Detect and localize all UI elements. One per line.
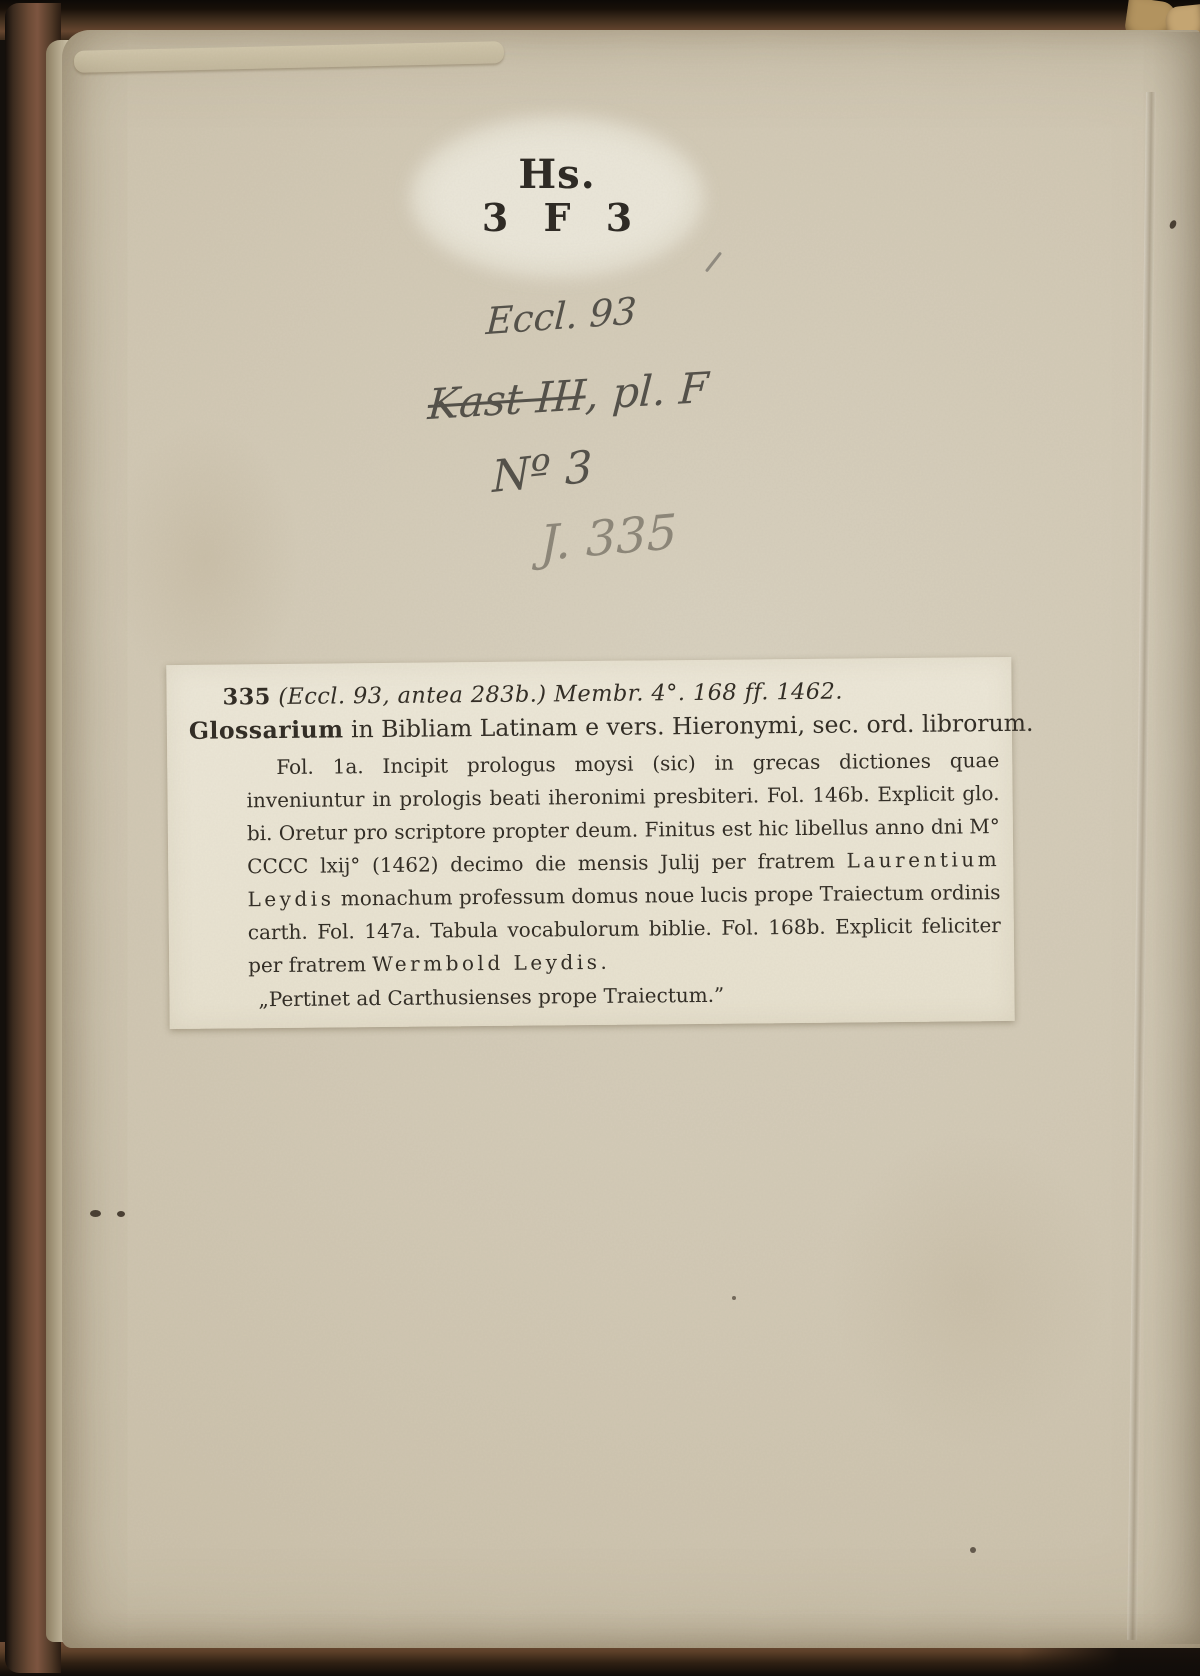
handwritten-j-number: J. 335	[540, 504, 677, 572]
scribe-name: Wermbold Leydis	[372, 950, 600, 976]
provenance-note: „Pertinet ad Carthusienses prope Traiect…	[258, 976, 1001, 1016]
catalog-title-keyword: Glossarium	[189, 715, 344, 744]
shelf-letter-text: , pl. F	[584, 363, 710, 420]
catalog-description: Fol. 1a. Incipit prologus moysi (sic) in…	[246, 744, 1001, 982]
paper-speck	[90, 1210, 101, 1217]
catalog-heading: 335 (Eccl. 93, antea 283b.) Membr. 4°. 1…	[222, 677, 998, 710]
handwritten-number: Nº 3	[492, 441, 594, 503]
struck-through-text: Kast III	[426, 370, 587, 429]
paper-speck	[117, 1211, 125, 1217]
paper-speck	[970, 1547, 976, 1553]
paper-stain	[830, 1130, 1110, 1450]
paper-speck	[732, 1296, 736, 1300]
shelfmark-sticker: Hs. 3 F 3	[420, 126, 694, 268]
catalog-title-detail: in Bibliam Latinam e vers. Hieronymi, se…	[343, 709, 1033, 744]
manuscript-cover-photo: Hs. 3 F 3 Eccl. 93 Kast III, pl. F Nº 3 …	[0, 0, 1200, 1676]
shelfmark-prefix: Hs.	[518, 154, 595, 196]
catalog-title: Glossarium in Bibliam Latinam e vers. Hi…	[189, 709, 999, 745]
catalog-heading-detail: (Eccl. 93, antea 283b.) Membr. 4°. 168 f…	[271, 679, 843, 710]
shelfmark-number: 3 F 3	[471, 196, 643, 240]
paper-stain	[110, 420, 300, 700]
catalog-slip: 335 (Eccl. 93, antea 283b.) Membr. 4°. 1…	[166, 657, 1014, 1029]
description-text: monachum professum domus noue lucis prop…	[248, 880, 1001, 977]
page-right-shading	[1152, 32, 1200, 1644]
catalog-number: 335	[222, 684, 270, 710]
description-text: .	[600, 950, 607, 974]
